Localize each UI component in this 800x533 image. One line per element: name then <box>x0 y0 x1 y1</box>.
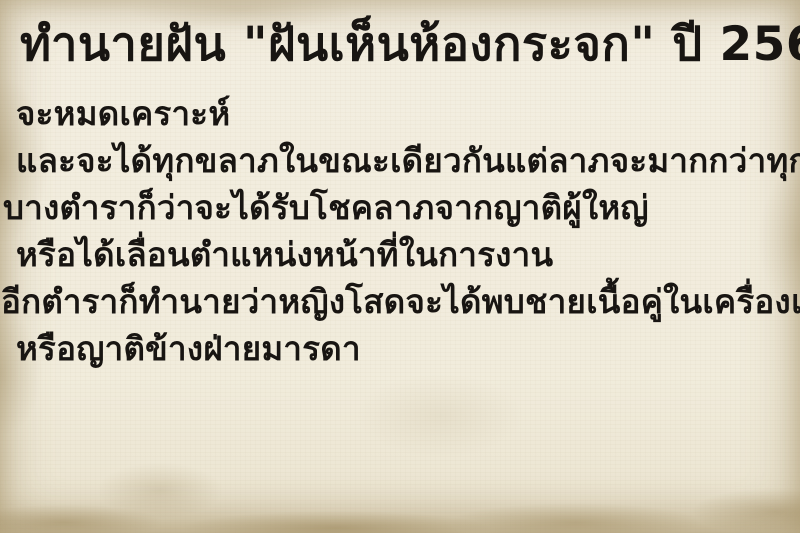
body-line: หรือญาติข้างฝ่ายมารดา <box>0 325 800 372</box>
page-title: ทำนายฝัน "ฝันเห็นห้องกระจก" ปี 2566 <box>0 0 800 78</box>
body-line: และจะได้ทุกขลาภในขณะเดียวกันแต่ลาภจะมากก… <box>0 137 800 184</box>
body-line: หรือได้เลื่อนตำแหน่งหน้าที่ในการงาน <box>0 231 800 278</box>
body-line: จะหมดเคราะห์ <box>0 90 800 137</box>
body-line: บางตำราก็ว่าจะได้รับโชคลาภจากญาติผู้ใหญ่ <box>0 184 800 231</box>
prediction-text: จะหมดเคราะห์ และจะได้ทุกขลาภในขณะเดียวกั… <box>0 90 800 372</box>
paper-background: ทำนายฝัน "ฝันเห็นห้องกระจก" ปี 2566 จะหม… <box>0 0 800 533</box>
body-line: อีกตำราก็ทำนายว่าหญิงโสดจะได้พบชายเนื้อค… <box>0 278 800 325</box>
